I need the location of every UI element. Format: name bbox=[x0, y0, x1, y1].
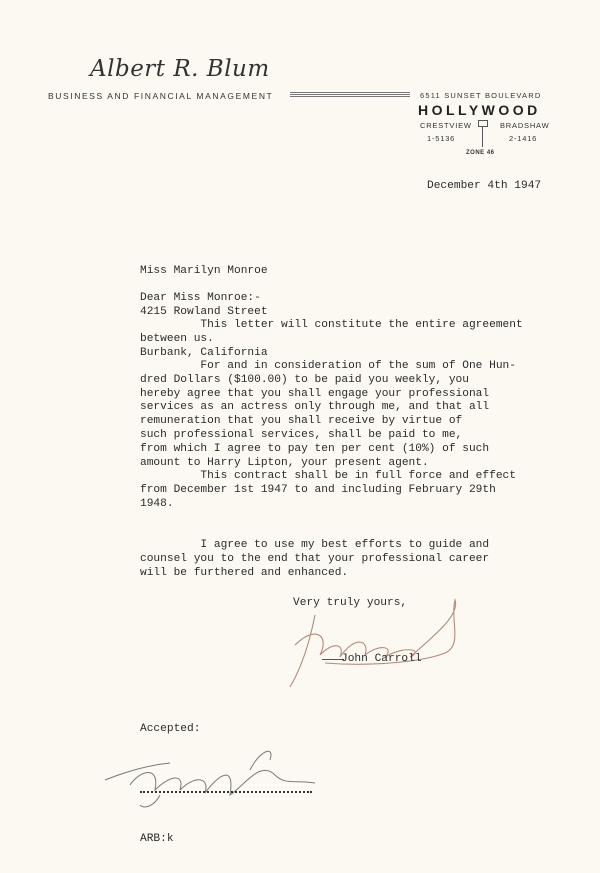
paragraph-consideration: For and in consideration of the sum of O… bbox=[140, 360, 516, 470]
sender-signature-icon bbox=[285, 595, 485, 695]
telephone-emblem-icon bbox=[478, 120, 488, 150]
recipient-name: Miss Marilyn Monroe bbox=[140, 265, 268, 279]
letterhead-rule-divider bbox=[290, 92, 410, 98]
letterhead-logo: Albert R. Blum bbox=[90, 56, 270, 82]
phone-number-right: 2-1416 bbox=[509, 134, 537, 143]
phone-exchange-left: CRESTVIEW bbox=[420, 121, 472, 130]
accepted-label: Accepted: bbox=[140, 723, 200, 737]
phone-number-left: 1-5136 bbox=[427, 134, 455, 143]
salutation: Dear Miss Monroe:- bbox=[140, 292, 261, 306]
paragraph-efforts: I agree to use my best efforts to guide … bbox=[140, 539, 489, 580]
signer-name: John Carroll bbox=[341, 653, 422, 667]
recipient-address: Miss Marilyn Monroe 4215 Rowland Street … bbox=[140, 237, 268, 375]
recipient-street: 4215 Rowland Street bbox=[140, 306, 268, 320]
paragraph-term: This contract shall be in full force and… bbox=[140, 470, 516, 511]
acceptance-signature-line bbox=[140, 791, 312, 793]
letter-date: December 4th 1947 bbox=[427, 180, 541, 194]
letterhead-city: HOLLYWOOD bbox=[418, 102, 541, 118]
paragraph-agreement: This letter will constitute the entire a… bbox=[140, 319, 523, 347]
phone-exchange-right: BRADSHAW bbox=[500, 121, 549, 130]
letterhead-tagline: BUSINESS AND FINANCIAL MANAGEMENT bbox=[48, 91, 273, 101]
acceptor-signature-icon bbox=[100, 745, 340, 815]
letterhead-street: 6511 SUNSET BOULEVARD bbox=[420, 91, 542, 100]
reference-initials: ARB:k bbox=[140, 833, 174, 847]
letterhead-zone: ZONE 46 bbox=[466, 150, 495, 156]
